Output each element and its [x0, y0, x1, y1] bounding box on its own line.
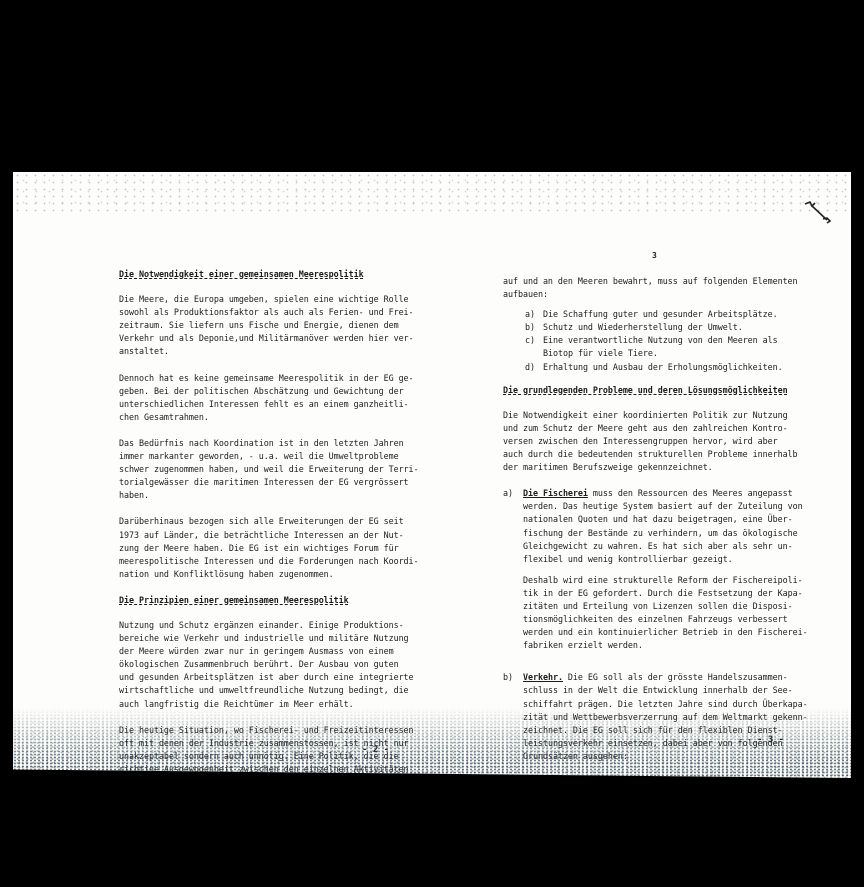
item-title: Verkehr. [523, 672, 563, 682]
text-line: zung der Meere haben. Die EG ist ein wic… [119, 542, 439, 555]
text-line: fabriken erzielt werden. [523, 639, 808, 652]
paragraph-intro: auf und an den Meeren bewahrt, muss auf … [503, 275, 825, 301]
text-line: wirtschaftliche und umweltfreundliche Nu… [119, 684, 439, 697]
text-line: zitäten und Erteilung von Lizenzen solle… [523, 600, 808, 613]
text-line: nation und Konfliktlösung haben zugenomm… [119, 568, 439, 581]
item-marker: b) [503, 671, 523, 771]
list-text: Biotop für viele Tiere. [543, 347, 658, 360]
scanned-document-sheet: 3 Die Notwendigkeit einer gemeinsamen Me… [13, 172, 851, 778]
text-line: aufbauen: [503, 288, 825, 301]
list-marker: b) [503, 321, 543, 334]
text-line: flexibel und wenig kontrollierbar gezeig… [523, 553, 808, 566]
list-marker: a) [503, 308, 543, 321]
text-line: immer markanter geworden, - u.a. weil di… [119, 450, 439, 463]
text-line: tik in der EG gefordert. Durch die Fests… [523, 587, 808, 600]
text-line: zeichnet. Die EG soll sich für den flexi… [523, 724, 808, 737]
text-line: richtige Ausgewogenheit zwischen den ein… [119, 763, 439, 776]
page-number-top-marker: 3 [652, 251, 657, 260]
text-line: und zum Schutz der Meere geht aus den za… [503, 422, 825, 435]
paragraph: Die Meere, die Europa umgeben, spielen e… [119, 293, 439, 358]
page-number-right: - 3 - [757, 735, 784, 745]
right-page: auf und an den Meeren bewahrt, muss auf … [503, 275, 825, 778]
text-line: Die Notwendigkeit einer koordinierten Po… [503, 409, 825, 422]
text-line: unterschiedlichen Interessen fehlt es an… [119, 398, 439, 411]
text-line: 1973 auf Länder, die beträchtliche Inter… [119, 529, 439, 542]
paragraph: Die Notwendigkeit einer koordinierten Po… [503, 409, 825, 474]
text-line: zeitraum. Sie liefern uns Fische und Ene… [119, 319, 439, 332]
text-line: werden. Das heutige System basiert auf d… [523, 500, 808, 513]
paragraph: Die heutige Situation, wo Fischerei- und… [119, 724, 439, 776]
text-line: versen zwischen den Interessengruppen he… [503, 435, 825, 448]
text-line: auf und an den Meeren bewahrt, muss auf … [503, 275, 825, 288]
text-line: Dennoch hat es keine gemeinsame Meerespo… [119, 372, 439, 385]
text-line: werden und ein kontinuierlicher Betrieb … [523, 626, 808, 639]
text-line: der maritimen Berufszweige gekennzeichne… [503, 461, 825, 474]
text-line: Grundsätzen ausgehen: [523, 750, 808, 763]
text-line: Nutzung und Schutz ergänzen einander. Ei… [119, 619, 439, 632]
handwritten-mark-icon [803, 200, 833, 228]
text-line: nationalen Quoten und hat dazu beigetrag… [523, 513, 808, 526]
section-heading-probleme: Die grundlegenden Probleme und deren Lös… [503, 384, 825, 397]
paragraph: Verkehr. Die EG soll als der grösste Han… [523, 671, 808, 763]
text-line: anstaltet. [119, 345, 439, 358]
text-line: zität und Wettbewerbsverzerrung auf dem … [523, 711, 808, 724]
text-line: meerespolitische Interessen und die Ford… [119, 555, 439, 568]
text-line: chen Gesamtrahmen. [119, 411, 439, 424]
text-line: fischung der Bestände zu verhindern, um … [523, 527, 808, 540]
item-marker: a) [503, 487, 523, 660]
text-line: bereiche wie Verkehr und industrielle un… [119, 632, 439, 645]
text-line: torialgewässer die maritimen Interessen … [119, 476, 439, 489]
text-line: Das Bedürfnis nach Koordination ist in d… [119, 437, 439, 450]
list-marker: c) [503, 334, 543, 347]
item-fischerei: a) Die Fischerei muss den Ressourcen des… [503, 487, 825, 660]
list-marker [503, 347, 543, 360]
text-line: und gesunden Arbeitsplätzen ist aber dur… [119, 671, 439, 684]
left-page: Die Notwendigkeit einer gemeinsamen Meer… [119, 268, 439, 778]
text-line: auch langfristig die Reichtümer im Meer … [119, 698, 439, 711]
paragraph: Nutzung und Schutz ergänzen einander. Ei… [119, 619, 439, 711]
section-heading-prinzipien: Die Prinzipien einer gemeinsamen Meeresp… [119, 594, 439, 607]
text-line: geben. Bei der politischen Abschätzung u… [119, 385, 439, 398]
list-text: Eine verantwortliche Nutzung von den Mee… [543, 334, 778, 347]
text-line: Darüberhinaus bezogen sich alle Erweiter… [119, 515, 439, 528]
text-line: schwer zugenommen haben, und weil die Er… [119, 463, 439, 476]
paragraph: Die Fischerei muss den Ressourcen des Me… [523, 487, 808, 566]
text-line: Gleichgewicht zu wahren. Es hat sich abe… [523, 540, 808, 553]
element-list: a)Die Schaffung guter und gesunder Arbei… [503, 308, 825, 373]
page-number-left: - 2 - [362, 745, 389, 755]
list-item: c)Eine verantwortliche Nutzung von den M… [503, 334, 825, 347]
list-text: Erhaltung und Ausbau der Erholungsmöglic… [543, 361, 783, 374]
text-line: Verkehr und als Deponie,und Militärmanöv… [119, 332, 439, 345]
text-line: ökologischen Zusammenbruch berührt. Der … [119, 658, 439, 671]
text-line: Deshalb wird eine strukturelle Reform de… [523, 574, 808, 587]
paragraph: Das Bedürfnis nach Koordination ist in d… [119, 437, 439, 502]
text-line: unakzeptabel sondern auch unnötig. Eine … [119, 750, 439, 763]
list-item: Biotop für viele Tiere. [503, 347, 825, 360]
list-item: a)Die Schaffung guter und gesunder Arbei… [503, 308, 825, 321]
list-text: Schutz und Wiederherstellung der Umwelt. [543, 321, 743, 334]
text-line: Die heutige Situation, wo Fischerei- und… [119, 724, 439, 737]
text-line: schiffahrt prägen. Die letzten Jahre sin… [523, 698, 808, 711]
text-line: der Meere würden zwar nur in geringem Au… [119, 645, 439, 658]
paragraph: Dennoch hat es keine gemeinsame Meerespo… [119, 372, 439, 424]
text-line: haben. [119, 489, 439, 502]
text-line: tionsmöglichkeiten des einzelnen Fahrzeu… [523, 613, 808, 626]
paragraph: Darüberhinaus bezogen sich alle Erweiter… [119, 515, 439, 580]
list-marker: d) [503, 361, 543, 374]
text-line: auch durch die bedeutenden strukturellen… [503, 448, 825, 461]
paragraph: Deshalb wird eine strukturelle Reform de… [523, 574, 808, 653]
text-line: schluss in der Welt die Entwicklung inne… [523, 684, 808, 697]
list-text: Die Schaffung guter und gesunder Arbeits… [543, 308, 778, 321]
section-heading-notwendigkeit: Die Notwendigkeit einer gemeinsamen Meer… [119, 268, 439, 281]
list-item: b)Schutz und Wiederherstellung der Umwel… [503, 321, 825, 334]
list-item: d)Erhaltung und Ausbau der Erholungsmögl… [503, 361, 825, 374]
text-line: sowohl als Produktionsfaktor als auch al… [119, 306, 439, 319]
item-verkehr: b) Verkehr. Die EG soll als der grösste … [503, 671, 825, 771]
text-line: leistungsverkehr einsetzen, dabei aber v… [523, 737, 808, 750]
text-line: oft mit denen der Industrie zusammenstos… [119, 737, 439, 750]
item-title: Die Fischerei [523, 488, 588, 498]
text-line: Die Meere, die Europa umgeben, spielen e… [119, 293, 439, 306]
